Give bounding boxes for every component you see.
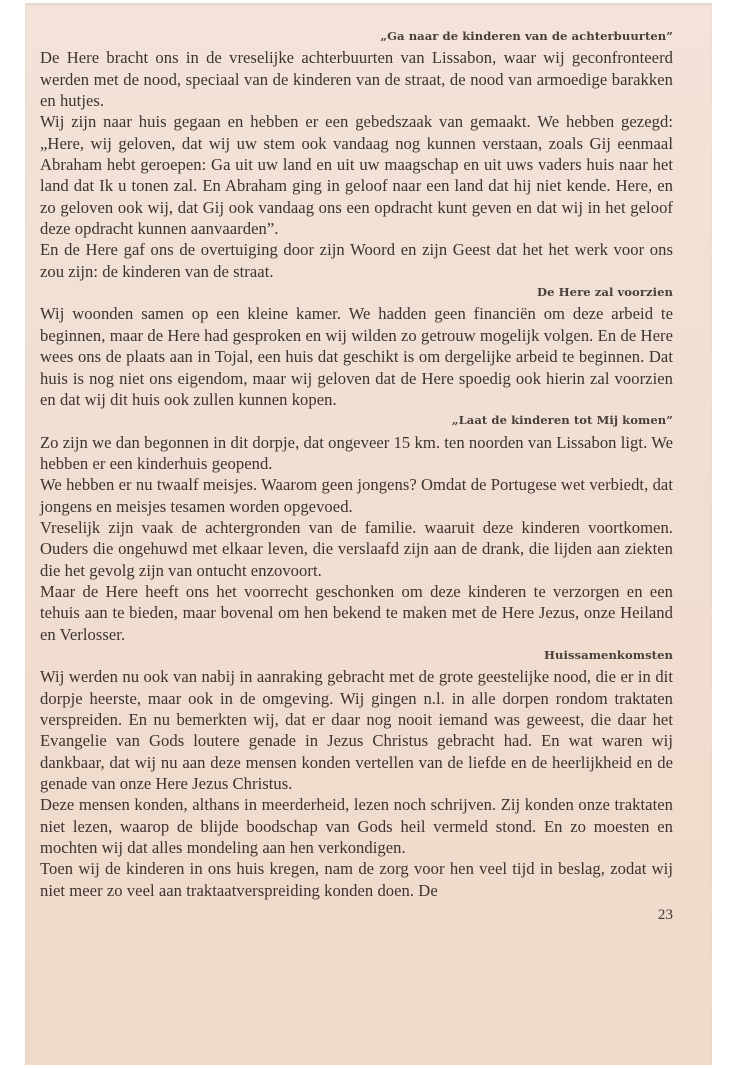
- paragraph: Wij woonden samen op een kleine kamer. W…: [40, 303, 673, 410]
- paragraph: Maar de Here heeft ons het voorrecht ges…: [40, 581, 673, 645]
- section-heading-laat-de-kinderen: „Laat de kinderen tot Mij komen”: [40, 410, 673, 431]
- section-heading-achterbuurten: „Ga naar de kinderen van de achterbuurte…: [40, 26, 673, 47]
- book-page: „Ga naar de kinderen van de achterbuurte…: [25, 3, 712, 1065]
- paragraph: Wij zijn naar huis gegaan en hebben er e…: [40, 111, 673, 239]
- paragraph: En de Here gaf ons de overtuiging door z…: [40, 239, 673, 282]
- paragraph: Vreselijk zijn vaak de achtergronden van…: [40, 517, 673, 581]
- paragraph: We hebben er nu twaalf meisjes. Waarom g…: [40, 474, 673, 517]
- section-heading-de-here-zal-voorzien: De Here zal voorzien: [40, 282, 673, 303]
- section-heading-huissamenkomsten: Huissamenkomsten: [40, 645, 673, 666]
- paragraph: Toen wij de kinderen in ons huis kregen,…: [40, 858, 673, 901]
- paragraph: Deze mensen konden, althans in meerderhe…: [40, 794, 673, 858]
- paragraph: Zo zijn we dan begonnen in dit dorpje, d…: [40, 432, 673, 475]
- paragraph: De Here bracht ons in de vreselijke acht…: [40, 47, 673, 111]
- text-column: „Ga naar de kinderen van de achterbuurte…: [40, 26, 673, 926]
- paragraph: Wij werden nu ook van nabij in aanraking…: [40, 666, 673, 794]
- page-number: 23: [40, 905, 673, 926]
